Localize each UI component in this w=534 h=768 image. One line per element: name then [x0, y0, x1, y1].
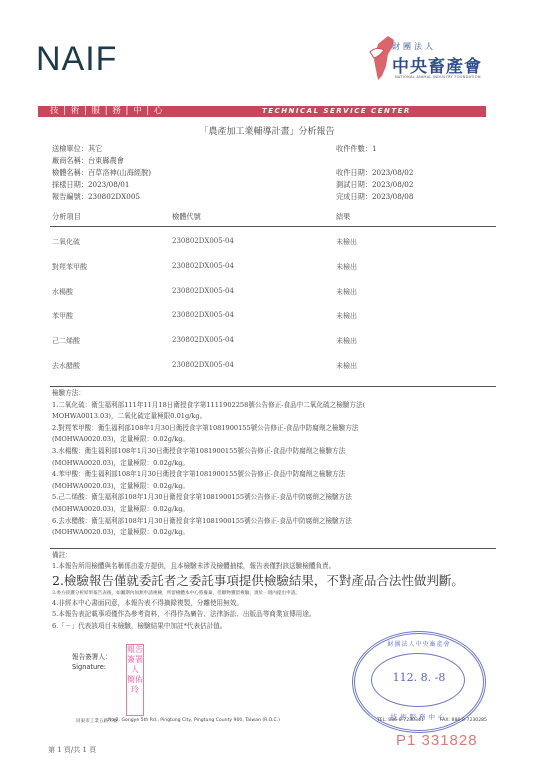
- field-label: 廠商名稱: [52, 156, 81, 165]
- org-english-name: NATIONAL ANIMAL INDUSTRY FOUNDATION: [395, 75, 481, 79]
- note-line-emphasized: 2.檢驗報告僅就委託者之委託事項提供檢驗結果，不對產品合法性做判斷。: [52, 573, 502, 589]
- field-report-number: 報告編號：230802DX005: [52, 192, 140, 202]
- org-subtitle: 財團法人: [392, 41, 436, 52]
- method-line: (MOHWA0020.03)，定量極限：0.02g/kg。: [52, 527, 502, 539]
- methods-divider: [50, 548, 496, 549]
- field-sampling-date: 採樣日期：2023/08/01: [52, 180, 129, 190]
- table-cell-result: 未檢出: [336, 361, 357, 371]
- field-label: 收件日期: [336, 168, 365, 177]
- field-item-count: 收件件數：1: [336, 144, 377, 154]
- table-cell-code: 230802DX005-04: [172, 336, 234, 344]
- field-completion-date: 完成日期：2023/08/08: [336, 192, 413, 202]
- signature-label-cn: 報告簽署人：: [72, 652, 112, 662]
- serial-number: P1 331828: [396, 732, 478, 749]
- field-sample-name: 檢體名稱：百草洛神(山海經脫): [52, 168, 151, 178]
- signature-label: 報告簽署人： Signature:: [72, 652, 112, 672]
- table-cell-item: 去水醋酸: [52, 361, 80, 371]
- field-value: 2023/08/02: [372, 168, 413, 177]
- page-indicator: 第 1 頁/共 1 頁: [48, 745, 96, 755]
- table-cell-item: 己二烯酸: [52, 336, 80, 346]
- field-value: 1: [372, 144, 377, 153]
- seal-date: 112. 8. -8: [355, 671, 483, 684]
- field-value: 2023/08/01: [88, 180, 129, 189]
- method-line: 5.己二烯酸：衛生福利部108年1月30日衛授食字第1081900155號公告修…: [52, 492, 502, 504]
- field-label: 送檢單位: [52, 144, 81, 153]
- table-cell-result: 未檢出: [336, 336, 357, 346]
- field-label: 報告編號: [52, 192, 81, 201]
- note-line: 1.本報告所用檢體與名稱係由委方提供，且本檢驗未涉及檢體抽樣，報告表僅對該送驗檢…: [52, 561, 502, 572]
- field-label: 完成日期: [336, 192, 365, 201]
- method-line: (MOHWA0020.03)，定量極限：0.02g/kg。: [52, 458, 502, 470]
- table-cell-item: 對羥苯甲酸: [52, 262, 87, 272]
- method-line: (MOHWA0020.03)，定量極限：0.02g/kg。: [52, 504, 502, 516]
- field-value: 台東縣農會: [88, 156, 124, 165]
- table-cell-item: 二氧化硫: [52, 237, 80, 247]
- banner-english-title: TECHNICAL SERVICE CENTER: [262, 106, 411, 117]
- field-label: 採樣日期: [52, 180, 81, 189]
- method-line: 2.對羥苯甲酸：衛生福利部108年1月30日衛授食字第1081900155號公告…: [52, 423, 502, 435]
- table-cell-item: 苯甲酸: [52, 311, 73, 321]
- fax: FAX: 886-8-7230285: [440, 718, 487, 723]
- notes-heading: 備註：: [52, 550, 502, 561]
- field-value: 2023/08/02: [372, 180, 413, 189]
- report-title: 「農產加工業輔導計畫」分析報告: [0, 124, 534, 137]
- field-label: 檢體名稱: [52, 168, 81, 177]
- field-submitting-unit: 送檢單位：其它: [52, 144, 102, 154]
- table-bottom-divider: [50, 386, 496, 387]
- column-header-result: 結果: [336, 212, 350, 222]
- field-value: 2023/08/08: [372, 192, 413, 201]
- table-cell-result: 未檢出: [336, 237, 357, 247]
- stamp-line: 簡佑玲: [127, 675, 143, 695]
- method-line: 4.苯甲酸：衛生福利部108年1月30日衛授食字第1081900155號公告修正…: [52, 469, 502, 481]
- method-line: (MOHWA0020.03)，定量極限：0.02g/kg。: [52, 481, 502, 493]
- table-cell-code: 230802DX005-04: [172, 237, 234, 245]
- seal-top-text: 財團法人中央畜產會: [355, 639, 483, 648]
- field-vendor-name: 廠商名稱：台東縣農會: [52, 156, 124, 166]
- notes-section: 備註： 1.本報告所用檢體與名稱係由委方提供，且本檢驗未涉及檢體抽樣，報告表僅對…: [52, 550, 502, 632]
- field-received-date: 收件日期：2023/08/02: [336, 168, 413, 178]
- test-methods-section: 檢驗方法： 1.二氧化硫：衛生福利部111年11月18日衛授食字第1111902…: [52, 388, 502, 539]
- stamp-line: 報告: [127, 645, 143, 655]
- table-cell-code: 230802DX005-04: [172, 311, 234, 319]
- column-header-item: 分析項目: [52, 212, 81, 222]
- note-line: 4.非經本中心書面同意，本報告表不得摘錄複製，分離使用無效。: [52, 598, 502, 609]
- stamp-line: 簽署人: [127, 655, 143, 675]
- naif-logo: NAIF: [36, 40, 117, 79]
- column-header-sample-code: 檢體代號: [172, 212, 201, 222]
- field-value: 百草洛神(山海經脫): [88, 168, 151, 177]
- method-line: 1.二氧化硫：衛生福利部111年11月18日衛授食字第1111902258號公告…: [52, 400, 502, 412]
- methods-heading: 檢驗方法：: [52, 388, 502, 400]
- table-cell-code: 230802DX005-04: [172, 287, 234, 295]
- method-line: 3.水楊酸：衛生福利部108年1月30日衛授食字第1081900155號公告修正…: [52, 446, 502, 458]
- field-value: 其它: [88, 144, 102, 153]
- table-cell-item: 水楊酸: [52, 287, 73, 297]
- table-header-divider: [50, 226, 496, 227]
- signature-label-en: Signature:: [72, 662, 112, 672]
- field-value: 230802DX005: [88, 192, 140, 201]
- org-name: 中央畜產會: [392, 52, 482, 77]
- note-line: 5.本報告表記載事項僅作為參考資料，不得作為廣告、法律訴訟、出版品等商業宣傳用途…: [52, 609, 502, 620]
- field-label: 測試日期: [336, 180, 365, 189]
- table-cell-result: 未檢出: [336, 287, 357, 297]
- method-line: MOHWA0013.03)，二氧化硫定量極限0.01g/kg。: [52, 411, 502, 423]
- method-line: 6.去水醋酸：衛生福利部108年1月30日衛授食字第1081900155號公告修…: [52, 516, 502, 528]
- signatory-stamp: 報告 簽署人 簡佑玲: [126, 644, 144, 716]
- table-cell-result: 未檢出: [336, 311, 357, 321]
- address-en: No.2, Gongye 5th Rd., Pingtung City, Pin…: [108, 718, 280, 723]
- note-line: 3.委方接獲分析結果報告表後，如屬期內如無申請複檢，所留檢體本中心將廢棄，但願物…: [52, 589, 502, 598]
- method-line: (MOHWA0020.03)，定量極限：0.02g/kg。: [52, 434, 502, 446]
- telephone: TEL: 886-8-7230341: [377, 718, 424, 723]
- note-line: 6.「－」代表該項目未檢驗，檢驗結果中加註*代表估計值。: [52, 621, 502, 632]
- banner-chinese-title: 技 | 術 | 服 | 務 | 中 | 心: [50, 106, 163, 117]
- table-cell-result: 未檢出: [336, 262, 357, 272]
- field-test-date: 測試日期：2023/08/02: [336, 180, 413, 190]
- table-cell-code: 230802DX005-04: [172, 262, 234, 270]
- field-label: 收件件數: [336, 144, 365, 153]
- table-cell-code: 230802DX005-04: [172, 361, 234, 369]
